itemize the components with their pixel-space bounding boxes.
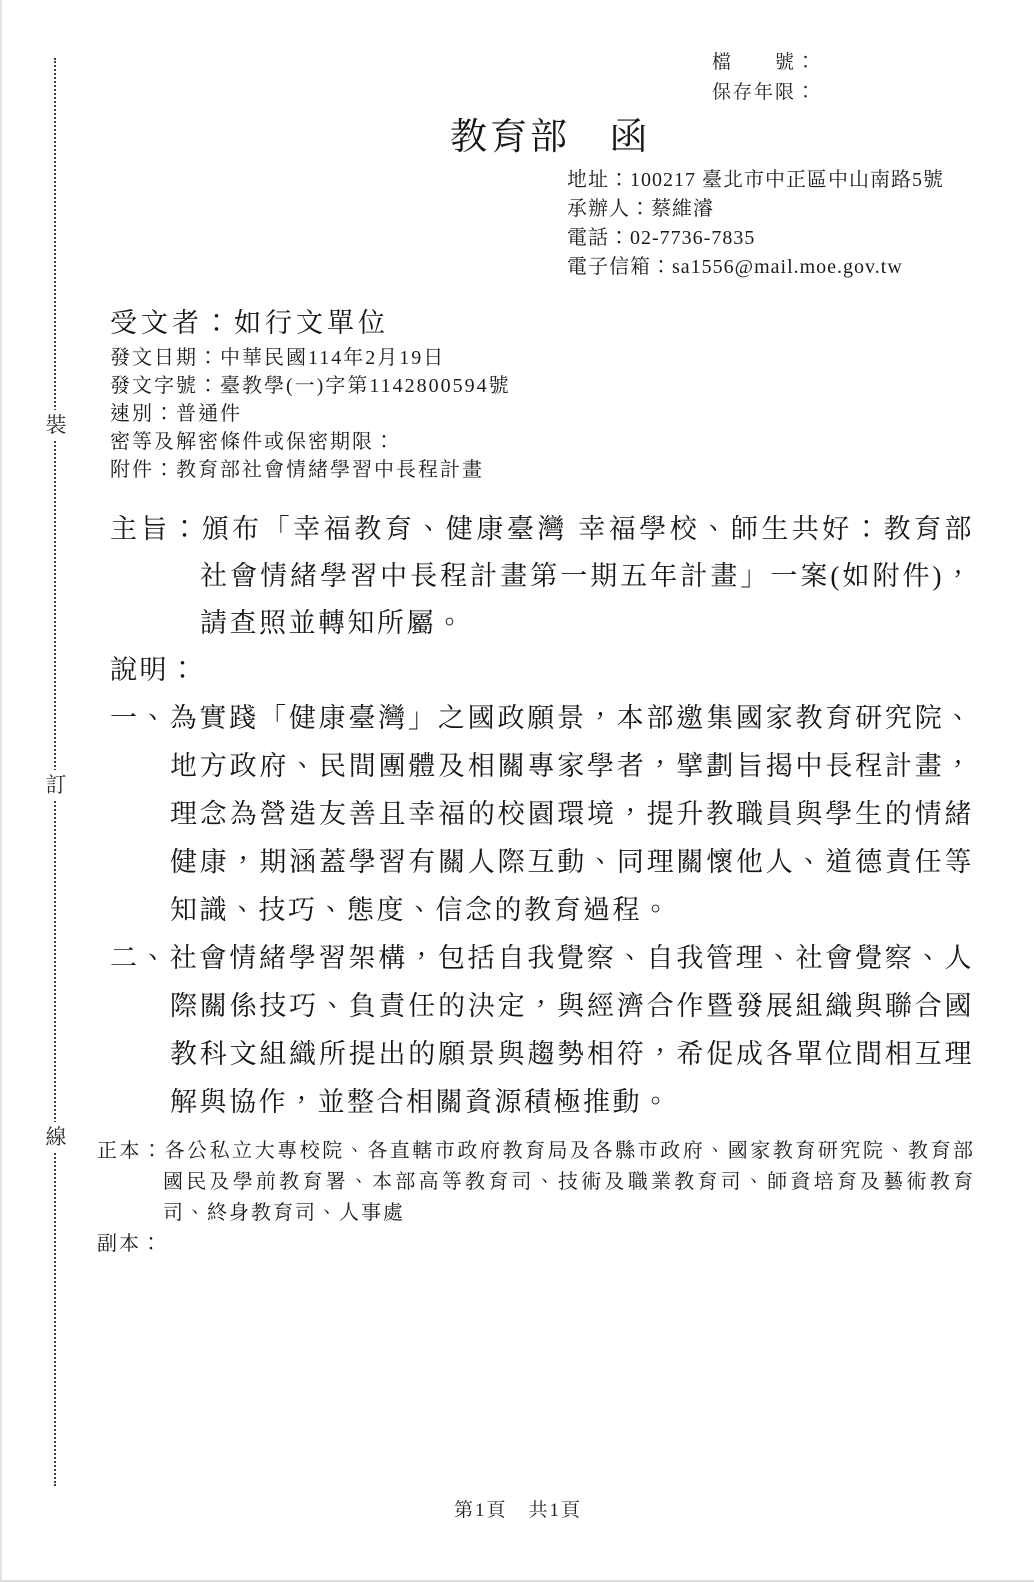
security-line: 密等及解密條件或保密期限： — [110, 428, 511, 456]
item-2-text: 社會情緒學習架構，包括自我覺察、自我管理、社會覺察、人際關係技巧、負責任的決定，… — [170, 943, 974, 1117]
retention-period-label: 保存年限： — [712, 78, 817, 108]
page-number-footer: 第1頁 共1頁 — [2, 1495, 1034, 1522]
explanation-label: 說明： — [110, 647, 974, 694]
issue-date-line: 發文日期：中華民國114年2月19日 — [110, 344, 511, 372]
file-number-block: 檔 號： 保存年限： — [712, 48, 817, 108]
document-meta-block: 發文日期：中華民國114年2月19日 發文字號：臺教學(一)字第11428005… — [110, 344, 511, 484]
binding-char-zhuang: 裝 — [44, 410, 68, 441]
item-2-marker: 二、 — [110, 943, 170, 973]
explanation-item-1: 一、為實踐「健康臺灣」之國政願景，本部邀集國家教育研究院、地方政府、民間團體及相… — [110, 694, 974, 934]
file-number-label: 檔 號： — [712, 48, 817, 78]
doc-number-line: 發文字號：臺教學(一)字第1142800594號 — [110, 372, 511, 400]
sender-contact-block: 地址：100217 臺北市中正區中山南路5號 承辦人：蔡維濬 電話：02-773… — [567, 166, 944, 282]
distribution-block: 正本：各公私立大專校院、各直轄市政府教育局及各縣市政府、國家教育研究院、教育部國… — [97, 1136, 975, 1260]
item-1-text: 為實踐「健康臺灣」之國政願景，本部邀集國家教育研究院、地方政府、民間團體及相關專… — [170, 703, 974, 925]
recipient-line: 受文者：如行文單位 — [110, 301, 389, 340]
explanation-item-2: 二、社會情緒學習架構，包括自我覺察、自我管理、社會覺察、人際關係技巧、負責任的決… — [110, 934, 974, 1126]
sender-email: 電子信箱：sa1556@mail.moe.gov.tw — [567, 253, 944, 282]
binding-char-ding: 訂 — [44, 770, 68, 801]
original-label: 正本： — [97, 1140, 165, 1162]
document-title: 教育部 函 — [450, 106, 650, 160]
priority-line: 速別：普通件 — [110, 400, 511, 428]
copy-recipients-label: 副本： — [97, 1229, 975, 1260]
document-page: 裝 訂 線 檔 號： 保存年限： 教育部 函 地址：100217 臺北市中正區中… — [0, 0, 1034, 1582]
sender-address: 地址：100217 臺北市中正區中山南路5號 — [567, 166, 944, 195]
original-text: 各公私立大專校院、各直轄市政府教育局及各縣市政府、國家教育研究院、教育部國民及學… — [163, 1140, 975, 1224]
binding-char-xian: 線 — [44, 1122, 68, 1153]
original-recipients: 正本：各公私立大專校院、各直轄市政府教育局及各縣市政府、國家教育研究院、教育部國… — [97, 1136, 975, 1229]
sender-phone: 電話：02-7736-7835 — [567, 224, 944, 253]
subject-paragraph: 主旨：頒布「幸福教育、健康臺灣 幸福學校、師生共好：教育部社會情緒學習中長程計畫… — [110, 506, 974, 647]
subject-label: 主旨： — [110, 514, 202, 544]
sender-contact-person: 承辦人：蔡維濬 — [567, 195, 944, 224]
attachment-line: 附件：教育部社會情緒學習中長程計畫 — [110, 456, 511, 484]
item-1-marker: 一、 — [110, 703, 170, 733]
document-body: 主旨：頒布「幸福教育、健康臺灣 幸福學校、師生共好：教育部社會情緒學習中長程計畫… — [110, 506, 974, 1126]
subject-text: 頒布「幸福教育、健康臺灣 幸福學校、師生共好：教育部社會情緒學習中長程計畫第一期… — [200, 514, 974, 638]
